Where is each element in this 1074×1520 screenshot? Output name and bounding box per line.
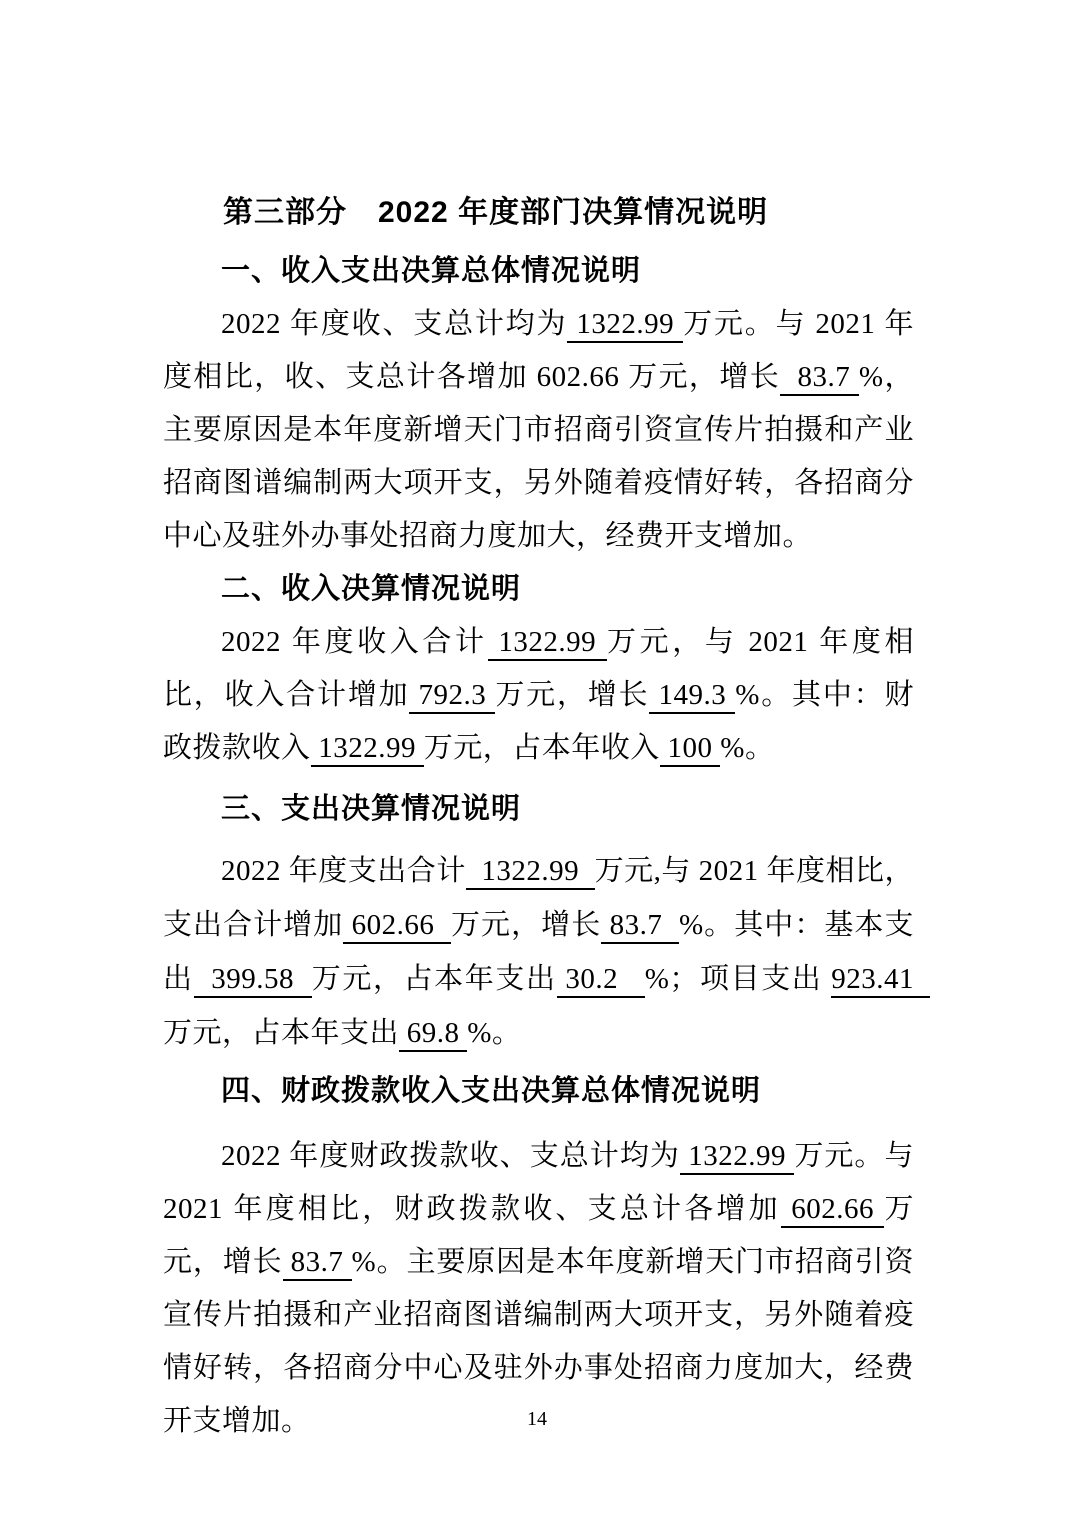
page-number: 14 <box>0 1408 1074 1431</box>
text-segment: 2022 年度支出合计 <box>221 855 466 887</box>
section-4-paragraph: 2022 年度财政拨款收、支总计均为 1322.99 万元。与 2021 年度相… <box>163 1130 914 1448</box>
section-1-paragraph: 2022 年度收、支总计均为 1322.99 万元。与 2021 年度相比，收、… <box>163 298 914 563</box>
document-page: 第三部分 2022 年度部门决算情况说明 一、收入支出决算总体情况说明2022 … <box>0 0 1074 1520</box>
underlined-value: 602.66 <box>781 1193 885 1228</box>
text-segment: 2022 年度收入合计 <box>221 626 488 658</box>
underlined-value: 792.3 <box>409 679 495 714</box>
section-3-heading: 三、支出决算情况说明 <box>163 783 914 836</box>
text-segment: 万元，占本年收入 <box>424 732 660 764</box>
section-2-heading: 二、收入决算情况说明 <box>163 563 914 616</box>
underlined-value: 69.8 <box>399 1017 467 1052</box>
underlined-value: 83.7 <box>601 909 679 944</box>
underlined-value: 602.66 <box>343 909 451 944</box>
section-2-paragraph: 2022 年度收入合计 1322.99 万元，与 2021 年度相比，收入合计增… <box>163 616 914 775</box>
underlined-value: 30.2 <box>557 963 645 998</box>
underlined-value: 1322.99 <box>466 855 595 890</box>
document-title: 第三部分 2022 年度部门决算情况说明 <box>163 186 914 239</box>
section-3: 三、支出决算情况说明2022 年度支出合计 1322.99 万元,与 2021 … <box>163 783 914 1060</box>
text-segment: 万元，占本年支出 <box>312 963 557 995</box>
underlined-value: 923.41 <box>831 963 929 998</box>
text-segment: 万元，增长 <box>495 679 649 711</box>
section-1-heading: 一、收入支出决算总体情况说明 <box>163 245 914 298</box>
underlined-value: 83.7 <box>283 1246 352 1281</box>
text-segment: 万元，占本年支出 <box>163 1017 399 1049</box>
underlined-value: 1322.99 <box>488 626 607 661</box>
section-4-heading: 四、财政拨款收入支出决算总体情况说明 <box>163 1065 914 1118</box>
text-segment: 2022 年度收、支总计均为 <box>221 308 567 340</box>
underlined-value: 1322.99 <box>311 732 424 767</box>
text-segment: %。 <box>467 1017 521 1049</box>
underlined-value: 1322.99 <box>567 308 683 343</box>
underlined-value: 1322.99 <box>680 1140 794 1175</box>
section-4: 四、财政拨款收入支出决算总体情况说明2022 年度财政拨款收、支总计均为 132… <box>163 1065 914 1448</box>
text-segment: 2022 年度财政拨款收、支总计均为 <box>221 1140 680 1172</box>
underlined-value: 149.3 <box>649 679 735 714</box>
section-1: 一、收入支出决算总体情况说明2022 年度收、支总计均为 1322.99 万元。… <box>163 245 914 563</box>
section-3-paragraph: 2022 年度支出合计 1322.99 万元,与 2021 年度相比，支出合计增… <box>163 844 914 1060</box>
underlined-value: 83.7 <box>780 361 859 396</box>
underlined-value: 399.58 <box>194 963 312 998</box>
text-segment: 万元，增长 <box>451 909 601 941</box>
sections-container: 一、收入支出决算总体情况说明2022 年度收、支总计均为 1322.99 万元。… <box>163 245 914 1448</box>
underlined-value: 100 <box>660 732 721 767</box>
text-segment: %；项目支出 <box>645 963 832 995</box>
text-segment: %。 <box>720 732 774 764</box>
section-2: 二、收入决算情况说明2022 年度收入合计 1322.99 万元，与 2021 … <box>163 563 914 775</box>
